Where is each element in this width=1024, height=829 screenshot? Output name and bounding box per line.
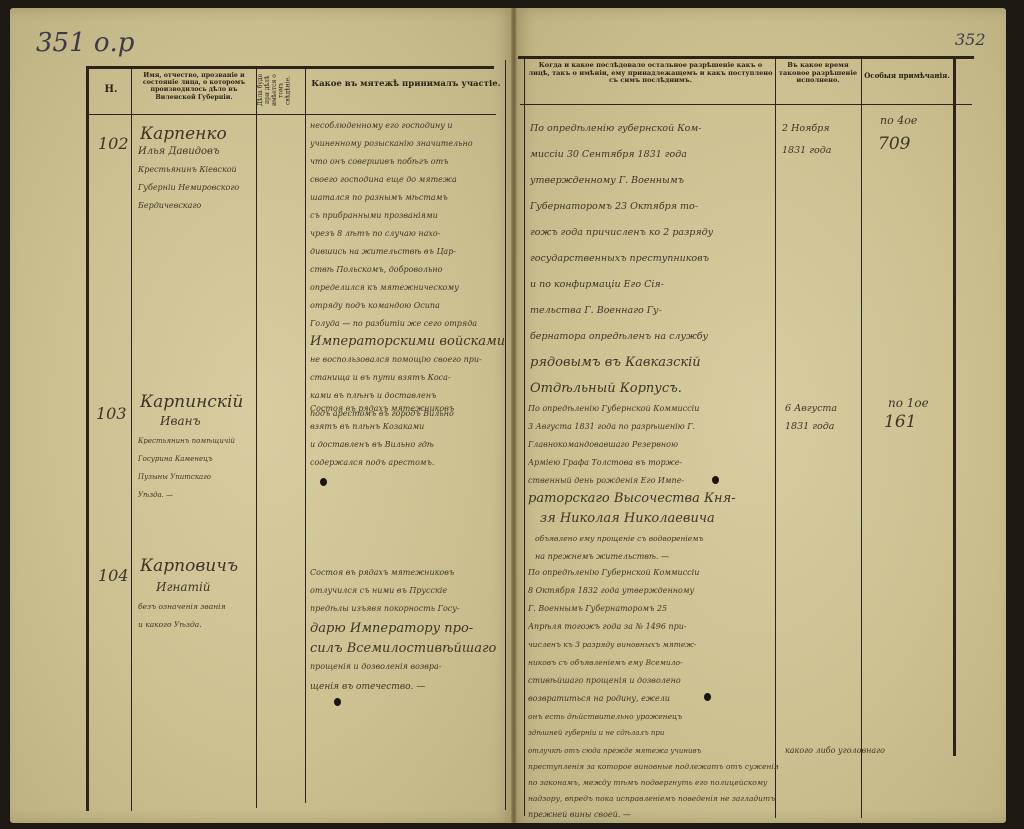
header-number: Н.: [96, 84, 126, 96]
col-divider-number: [131, 68, 132, 811]
entry-102-number: 102: [98, 134, 129, 153]
col-divider-participation: [505, 60, 506, 810]
ink-blot: [334, 698, 341, 706]
ink-blot: [320, 478, 327, 486]
header-participation: Какое въ мятежѣ принималъ участіе.: [310, 80, 502, 90]
col-divider-resolution-left: [524, 56, 525, 816]
left-outer-border: [86, 66, 89, 811]
right-outer-border: [953, 56, 956, 756]
folio-number-left: 351 о.р: [36, 28, 134, 58]
header-person: Имя, отчество, прозваніе и состояніе лиц…: [134, 72, 254, 101]
header-top-rule-right: [518, 56, 974, 59]
header-bottom-rule-right: [520, 104, 972, 105]
ink-blot: [712, 476, 719, 484]
header-resolution: Когда и какое послѣдовало остальное разр…: [528, 62, 773, 85]
entry-104-surname: Карповичъ: [140, 556, 238, 576]
book-spine: [511, 8, 517, 823]
entry-103-number: 103: [96, 404, 127, 423]
header-remarks: Особыя примѣчанія.: [863, 72, 951, 80]
col-divider-person: [256, 68, 257, 808]
entry-103-surname: Карпинскій: [140, 392, 243, 412]
header-case-status: Дѣла буде при дѣлѣ имѣется о томъ свѣдѣн…: [258, 70, 302, 110]
col-divider-resolution: [775, 58, 776, 818]
header-top-rule-left: [86, 66, 494, 69]
header-executed: Въ какое время таковое разрѣшеніе исполн…: [777, 62, 859, 85]
folio-number-right: 352: [955, 30, 986, 49]
col-divider-executed: [861, 58, 862, 818]
ink-blot: [704, 693, 711, 701]
col-divider-case: [305, 68, 306, 803]
entry-104-number: 104: [98, 566, 129, 585]
